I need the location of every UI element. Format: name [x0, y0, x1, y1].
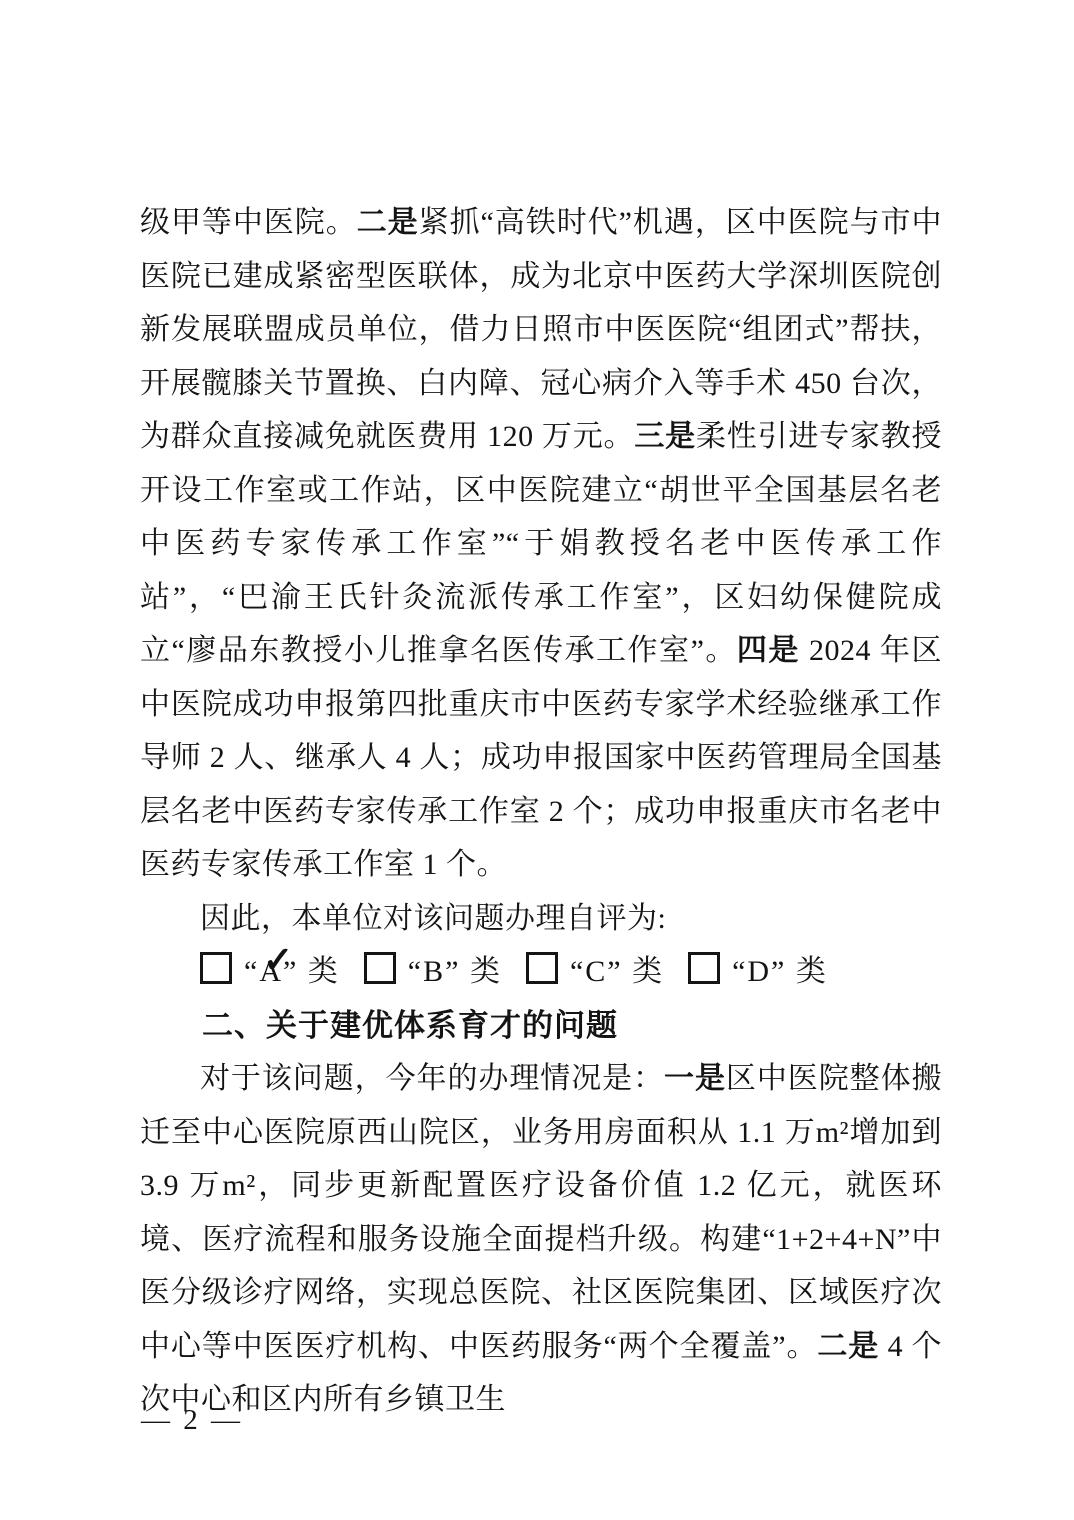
page-number: — 2 —	[141, 1402, 243, 1438]
checkbox-c[interactable]	[526, 952, 558, 984]
text-run: 2024 年区中医院成功申报第四批重庆市中医药专家学术经验继承工作导师 2 人、…	[140, 634, 942, 881]
check-icon: ✓	[203, 942, 294, 978]
paragraph-self-evaluation: 因此，本单位对该问题办理自评为:	[140, 892, 942, 946]
text-run: 因此，本单位对该问题办理自评为:	[200, 902, 666, 935]
paragraph-section-2: 对于该问题，今年的办理情况是：一是区中医院整体搬迁至中心医院原西山院区，业务用房…	[140, 1052, 942, 1427]
text-run: 对于该问题，今年的办理情况是：	[200, 1062, 664, 1095]
rating-row: ✓“A” 类“B” 类“C” 类“D” 类	[140, 945, 942, 999]
bold-marker-third: 三是	[634, 420, 696, 453]
bold-marker-fourth: 四是	[737, 634, 800, 667]
text-run: 级甲等中医院。	[140, 206, 357, 239]
text-run: 柔性引进专家教授开设工作室或工作站，区中医院建立“胡世平全国基层名老中医药专家传…	[140, 420, 942, 667]
bold-marker-second: 二是	[357, 206, 419, 239]
bold-marker-second: 二是	[817, 1330, 879, 1363]
heading-text: 二、关于建优体系育才的问题	[202, 1008, 618, 1043]
rating-label-d: “D” 类	[732, 955, 828, 988]
rating-label-c: “C” 类	[570, 955, 664, 988]
page-number-text: — 2 —	[141, 1404, 243, 1436]
rating-label-b: “B” 类	[408, 955, 502, 988]
checkbox-a-checked[interactable]: ✓	[200, 952, 232, 984]
bold-marker-first: 一是	[664, 1062, 726, 1095]
text-run: 紧抓“高铁时代”机遇，区中医院与市中医院已建成紧密型医联体，成为北京中医药大学深…	[140, 206, 942, 453]
document-page: 级甲等中医院。二是紧抓“高铁时代”机遇，区中医院与市中医院已建成紧密型医联体，成…	[0, 0, 1074, 1520]
section-2-heading: 二、关于建优体系育才的问题	[140, 999, 942, 1053]
paragraph-continuation: 级甲等中医院。二是紧抓“高铁时代”机遇，区中医院与市中医院已建成紧密型医联体，成…	[140, 196, 942, 892]
text-run: 区中医院整体搬迁至中心医院原西山院区，业务用房面积从 1.1 万m²增加到 3.…	[140, 1062, 942, 1363]
checkbox-d[interactable]	[688, 952, 720, 984]
checkbox-b[interactable]	[364, 952, 396, 984]
document-content: 级甲等中医院。二是紧抓“高铁时代”机遇，区中医院与市中医院已建成紧密型医联体，成…	[140, 196, 942, 1427]
